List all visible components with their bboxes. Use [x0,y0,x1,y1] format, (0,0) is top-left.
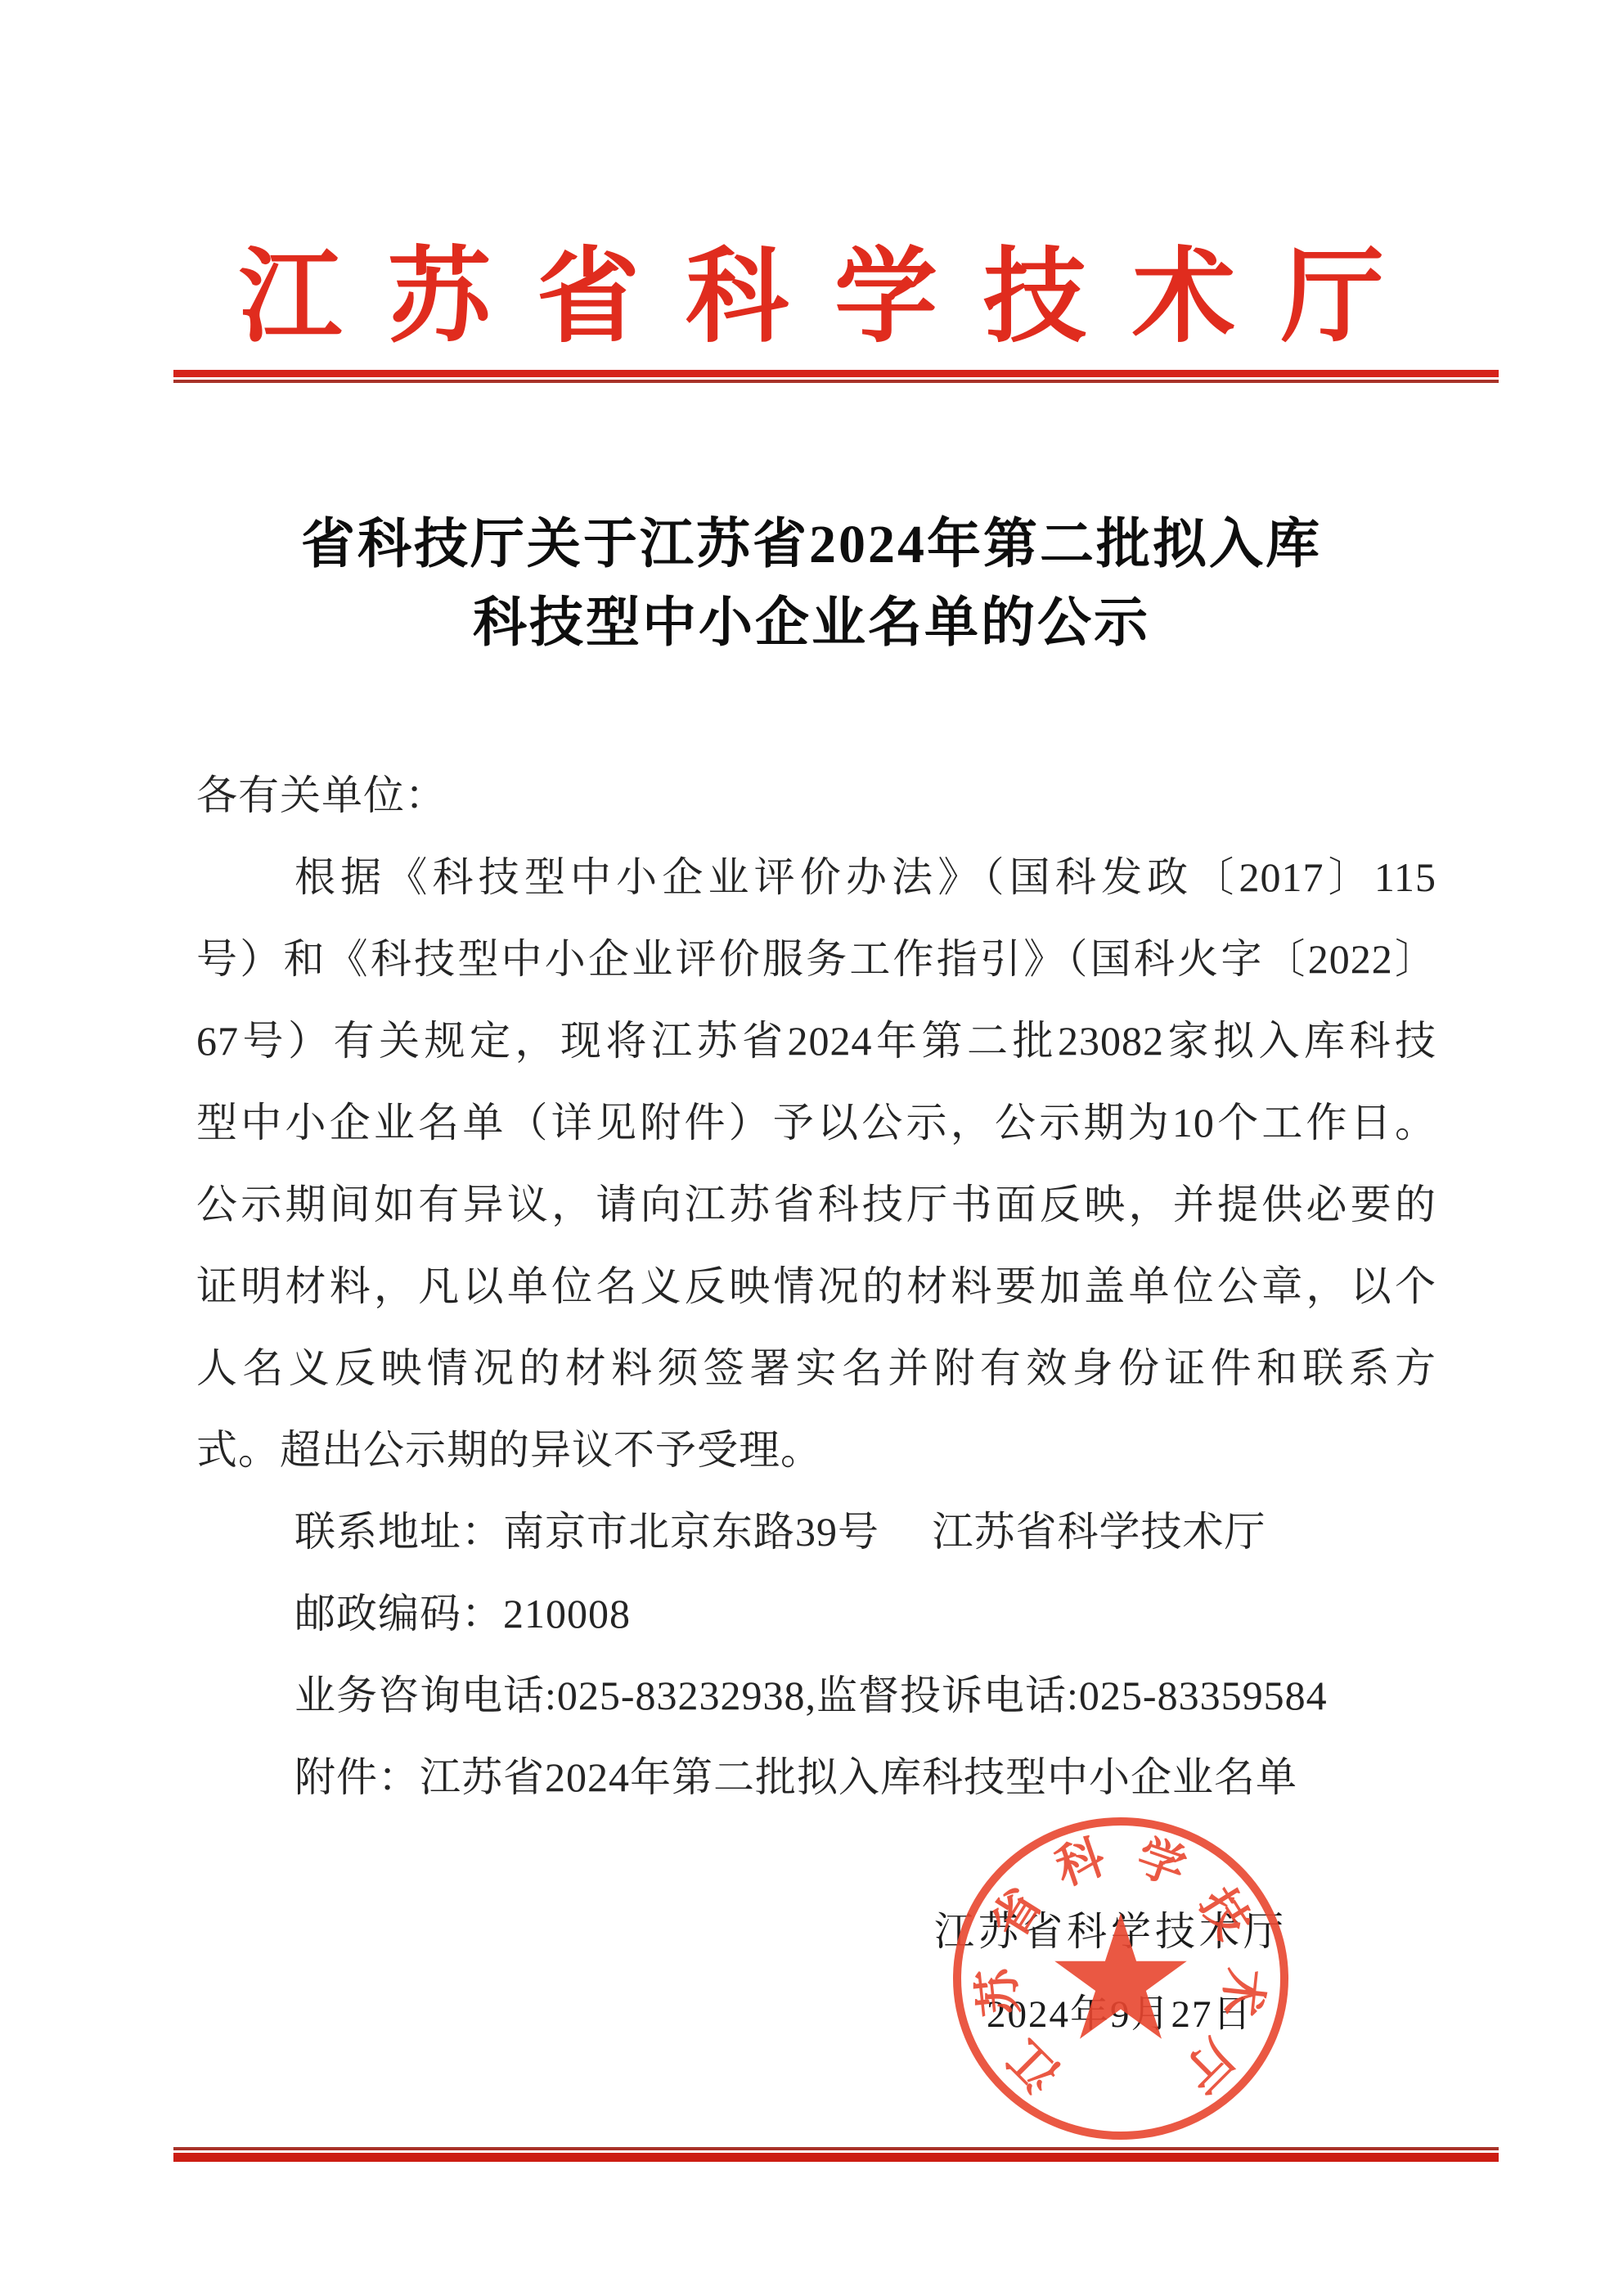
document-title-line-2: 科技型中小企业名单的公示 [0,584,1623,663]
body-line: 人名义反映情况的材料须签署实名并附有效身份证件和联系方 [196,1327,1436,1409]
seal-star-icon [1054,1913,1187,2039]
document-title-line-1: 省科技厅关于江苏省2024年第二批拟入库 [0,506,1623,584]
footer-rule-thick [173,2153,1499,2162]
letterhead-agency-title: 江苏省科学技术厅 [0,214,1623,362]
body-line: 证明材料，凡以单位名义反映情况的材料要加盖单位公章，以个 [196,1245,1436,1327]
document-body: 各有关单位： 根据《科技型中小企业评价办法》（国科发政〔2017〕115 号）和… [196,754,1436,1818]
contact-address-line: 联系地址：南京市北京东路39号 江苏省科学技术厅 [196,1491,1436,1573]
seal-char: 学 [1131,1830,1193,1895]
seal-char: 科 [1049,1830,1111,1895]
body-line: 号）和《科技型中小企业评价服务工作指引》（国科火字〔2022〕 [196,918,1436,1000]
body-line: 根据《科技型中小企业评价办法》（国科发政〔2017〕115 [196,836,1436,918]
official-seal: 江 苏 省 科 学 技 术 厅 [949,1815,1293,2142]
letterhead-rule-thick [173,370,1499,377]
attachment-line: 附件：江苏省2024年第二批拟入库科技型中小企业名单 [196,1736,1436,1818]
body-line: 式。超出公示期的异议不予受理。 [196,1409,1436,1491]
footer-rule-thin [173,2147,1499,2150]
seal-char: 苏 [969,1964,1027,2018]
salutation-line: 各有关单位： [196,754,1436,836]
seal-char: 省 [982,1879,1052,1947]
phone-numbers-line: 业务咨询电话:025-83232938,监督投诉电话:025-83359584 [196,1654,1436,1736]
body-line: 67号）有关规定，现将江苏省2024年第二批23082家拟入库科技 [196,1000,1436,1082]
letterhead-rule-thin [173,380,1499,383]
official-document-page: 江苏省科学技术厅 省科技厅关于江苏省2024年第二批拟入库 科技型中小企业名单的… [0,0,1623,2296]
postal-code-line: 邮政编码：210008 [196,1573,1436,1654]
body-line: 公示期间如有异议，请向江苏省科技厅书面反映，并提供必要的 [196,1164,1436,1245]
document-title: 省科技厅关于江苏省2024年第二批拟入库 科技型中小企业名单的公示 [0,506,1623,663]
seal-char: 技 [1189,1879,1260,1947]
body-line: 型中小企业名单（详见附件）予以公示，公示期为10个工作日。 [196,1082,1436,1164]
seal-char: 术 [1214,1965,1272,2018]
